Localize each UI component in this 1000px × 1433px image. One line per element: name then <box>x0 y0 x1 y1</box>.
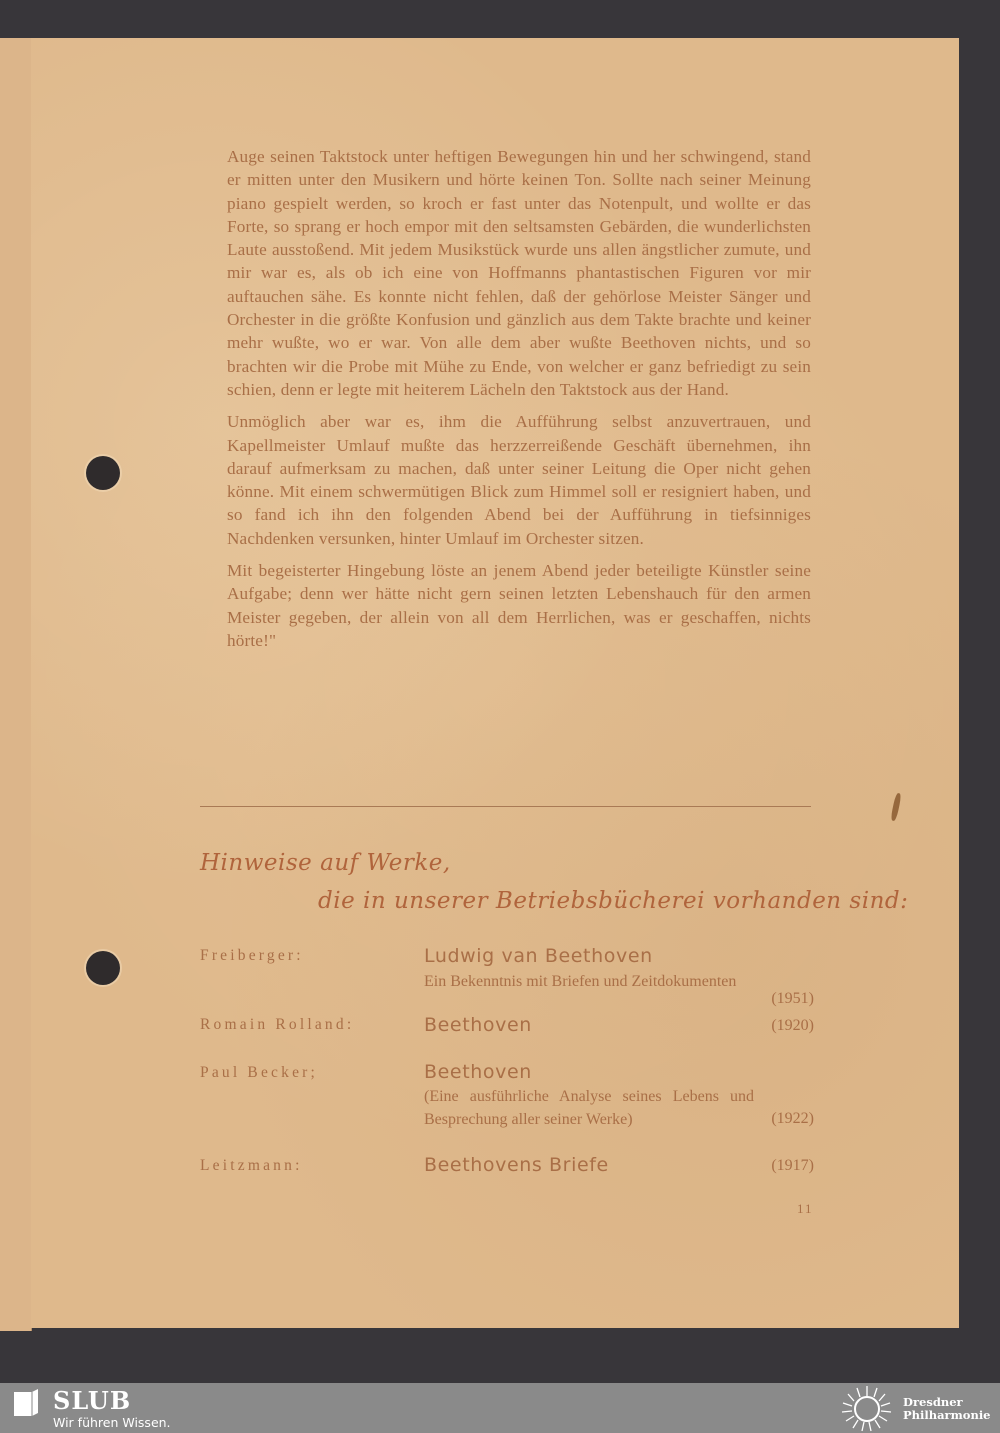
reference-author: Leitzmann: <box>200 1157 303 1175</box>
paragraph-1: Auge seinen Taktstock unter heftigen Bew… <box>227 145 811 401</box>
reference-year: (1917) <box>771 1157 814 1175</box>
reference-title: Beethovens Briefe <box>424 1154 609 1176</box>
reference-year: (1920) <box>771 1017 814 1035</box>
dp-brand-line-2: Philharmonie <box>903 1409 991 1422</box>
punch-hole-upper <box>86 456 120 490</box>
reference-year: (1951) <box>771 990 814 1008</box>
slub-logo-icon[interactable] <box>13 1388 41 1418</box>
heading-line-1: Hinweise auf Werke, <box>200 850 451 876</box>
reference-subtitle: Ein Bekenntnis mit Briefen und Zeitdokum… <box>424 970 814 993</box>
dresdner-philharmonie-logo-icon[interactable] <box>840 1384 894 1432</box>
slub-tagline: Wir führen Wissen. <box>53 1415 171 1430</box>
slub-brand[interactable]: SLUB <box>53 1386 131 1415</box>
reference-subtitle: (Eine ausführliche Analyse seines Lebens… <box>424 1085 754 1131</box>
reference-author: Freiberger: <box>200 947 304 965</box>
footer-bar: SLUB Wir führen Wissen. Dresdner Philhar… <box>0 1383 1000 1433</box>
reference-title: Ludwig van Beethoven <box>424 945 653 967</box>
reference-year: (1922) <box>771 1110 814 1128</box>
punch-hole-lower <box>86 951 120 985</box>
paragraph-3: Mit begeisterter Hingebung löste an jene… <box>227 559 811 652</box>
section-divider <box>200 806 811 807</box>
paragraph-2: Unmöglich aber war es, ihm die Aufführun… <box>227 410 811 550</box>
dresdner-philharmonie-brand[interactable]: Dresdner Philharmonie <box>903 1396 991 1422</box>
page-number: 11 <box>797 1201 814 1217</box>
reference-title: Beethoven <box>424 1061 532 1083</box>
reference-title: Beethoven <box>424 1014 532 1036</box>
reference-author: Romain Rolland: <box>200 1016 354 1034</box>
previous-page-edge <box>0 38 32 1331</box>
heading-line-2: die in unserer Betriebsbücherei vorhande… <box>318 888 908 914</box>
reference-author: Paul Becker; <box>200 1064 318 1082</box>
body-text: Auge seinen Taktstock unter heftigen Bew… <box>227 145 811 661</box>
